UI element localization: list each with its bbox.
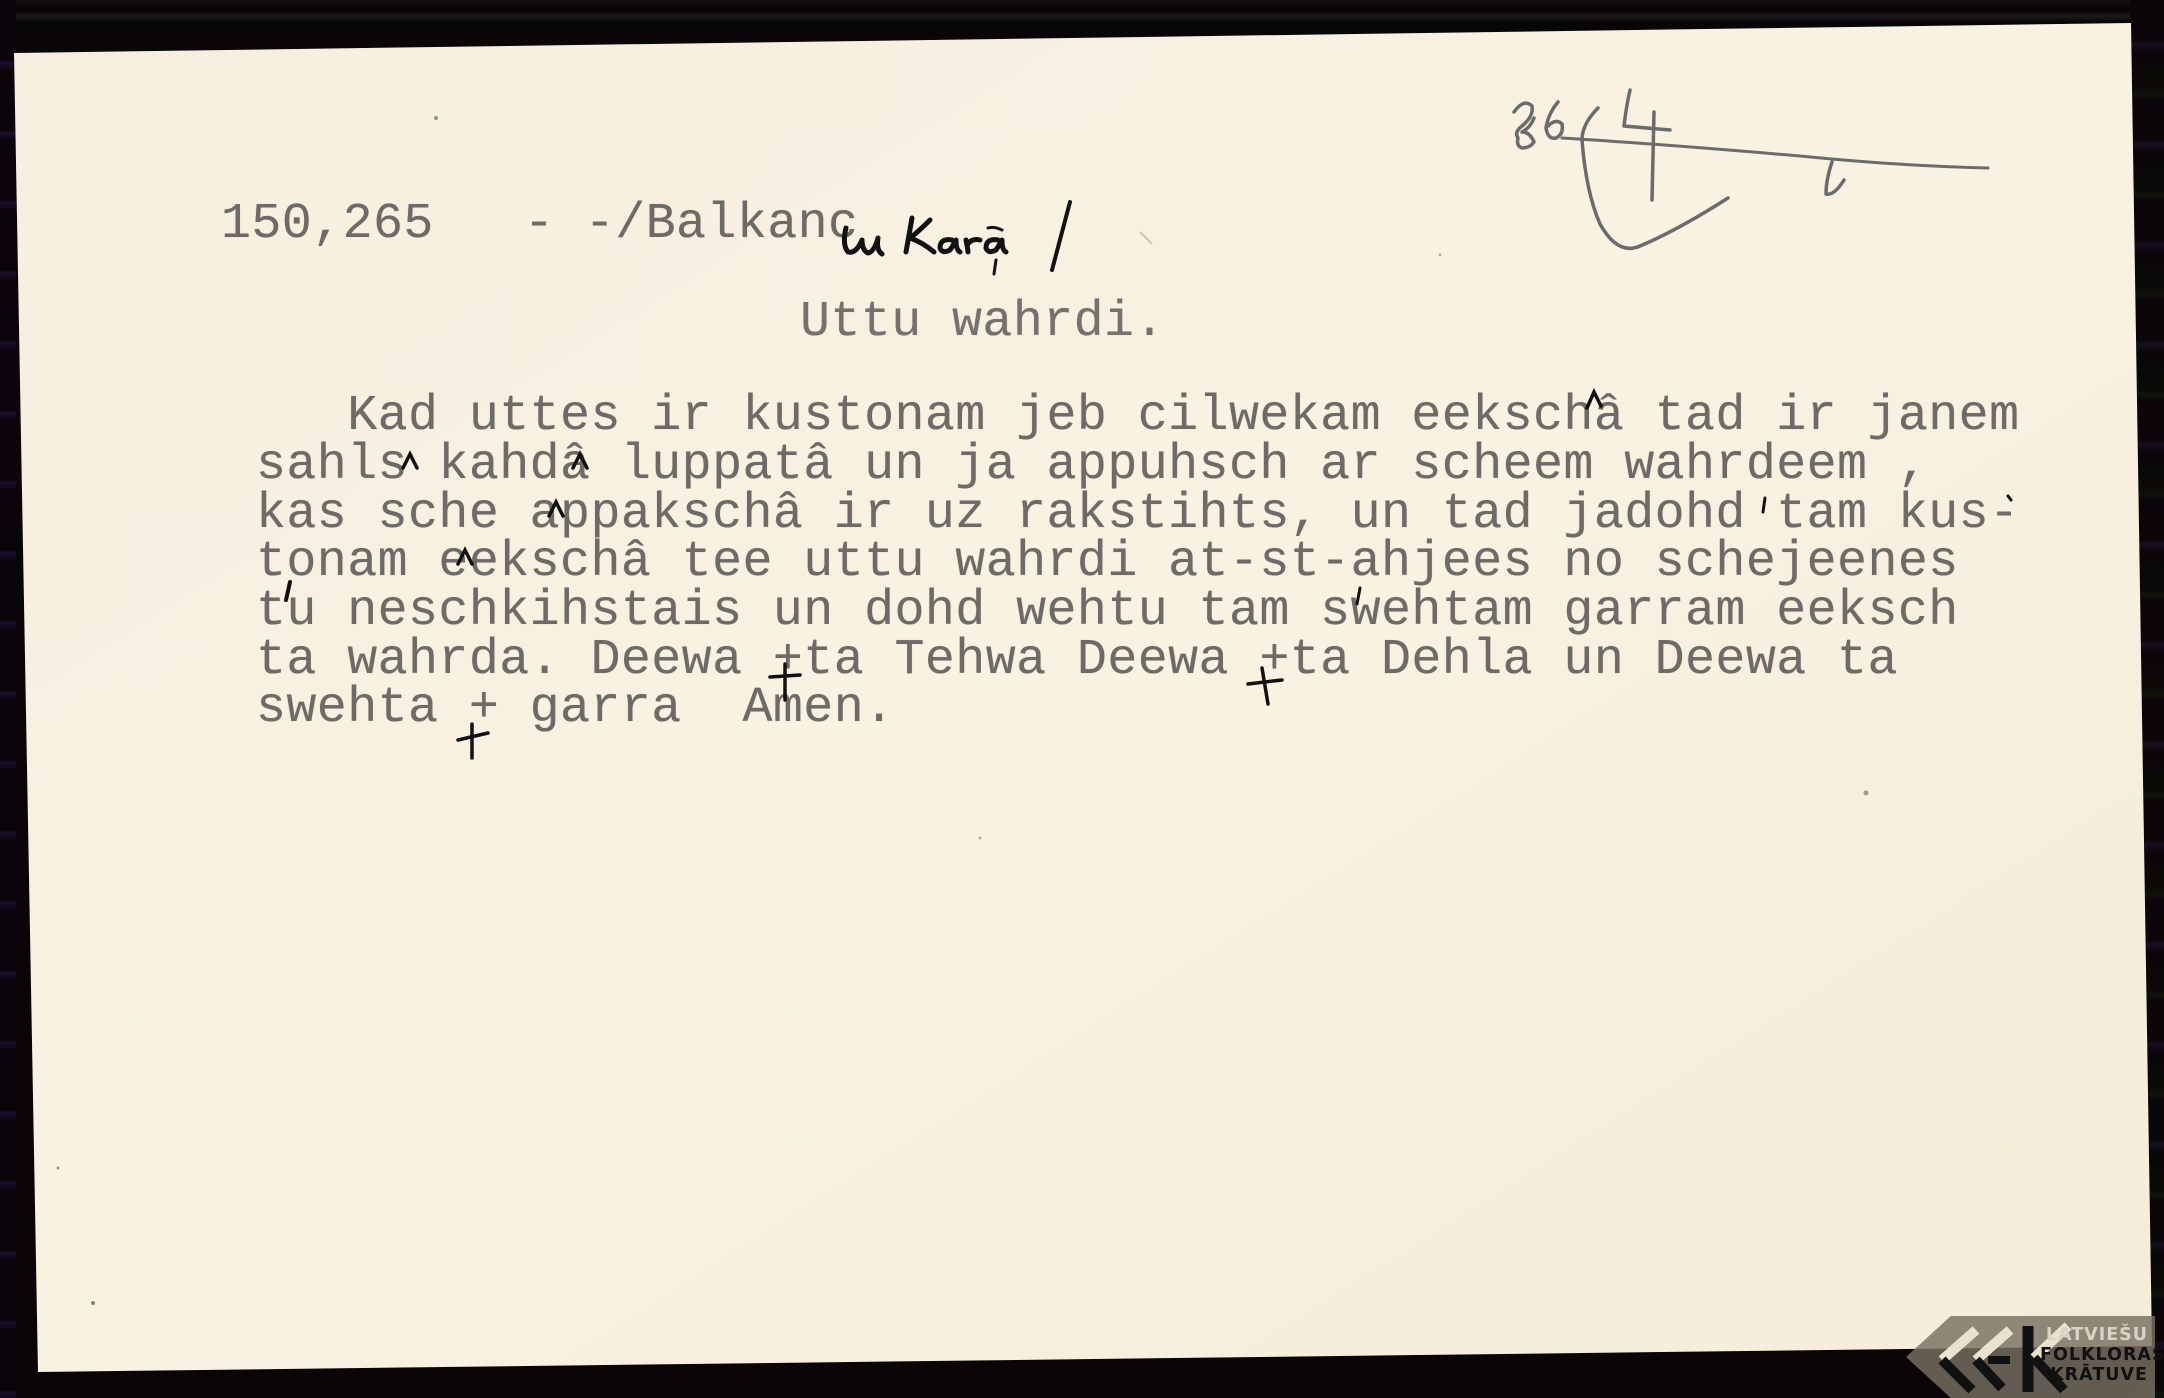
- watermark-line-1: LATVIEŠU: [2040, 1326, 2148, 1344]
- pen-annotations: [0, 0, 2164, 1398]
- watermark-line-3: KRĀTUVE: [2040, 1366, 2148, 1384]
- watermark-line-2: FOLKLORAS: [2040, 1346, 2148, 1364]
- lfk-logo-icon: [1906, 1316, 2036, 1398]
